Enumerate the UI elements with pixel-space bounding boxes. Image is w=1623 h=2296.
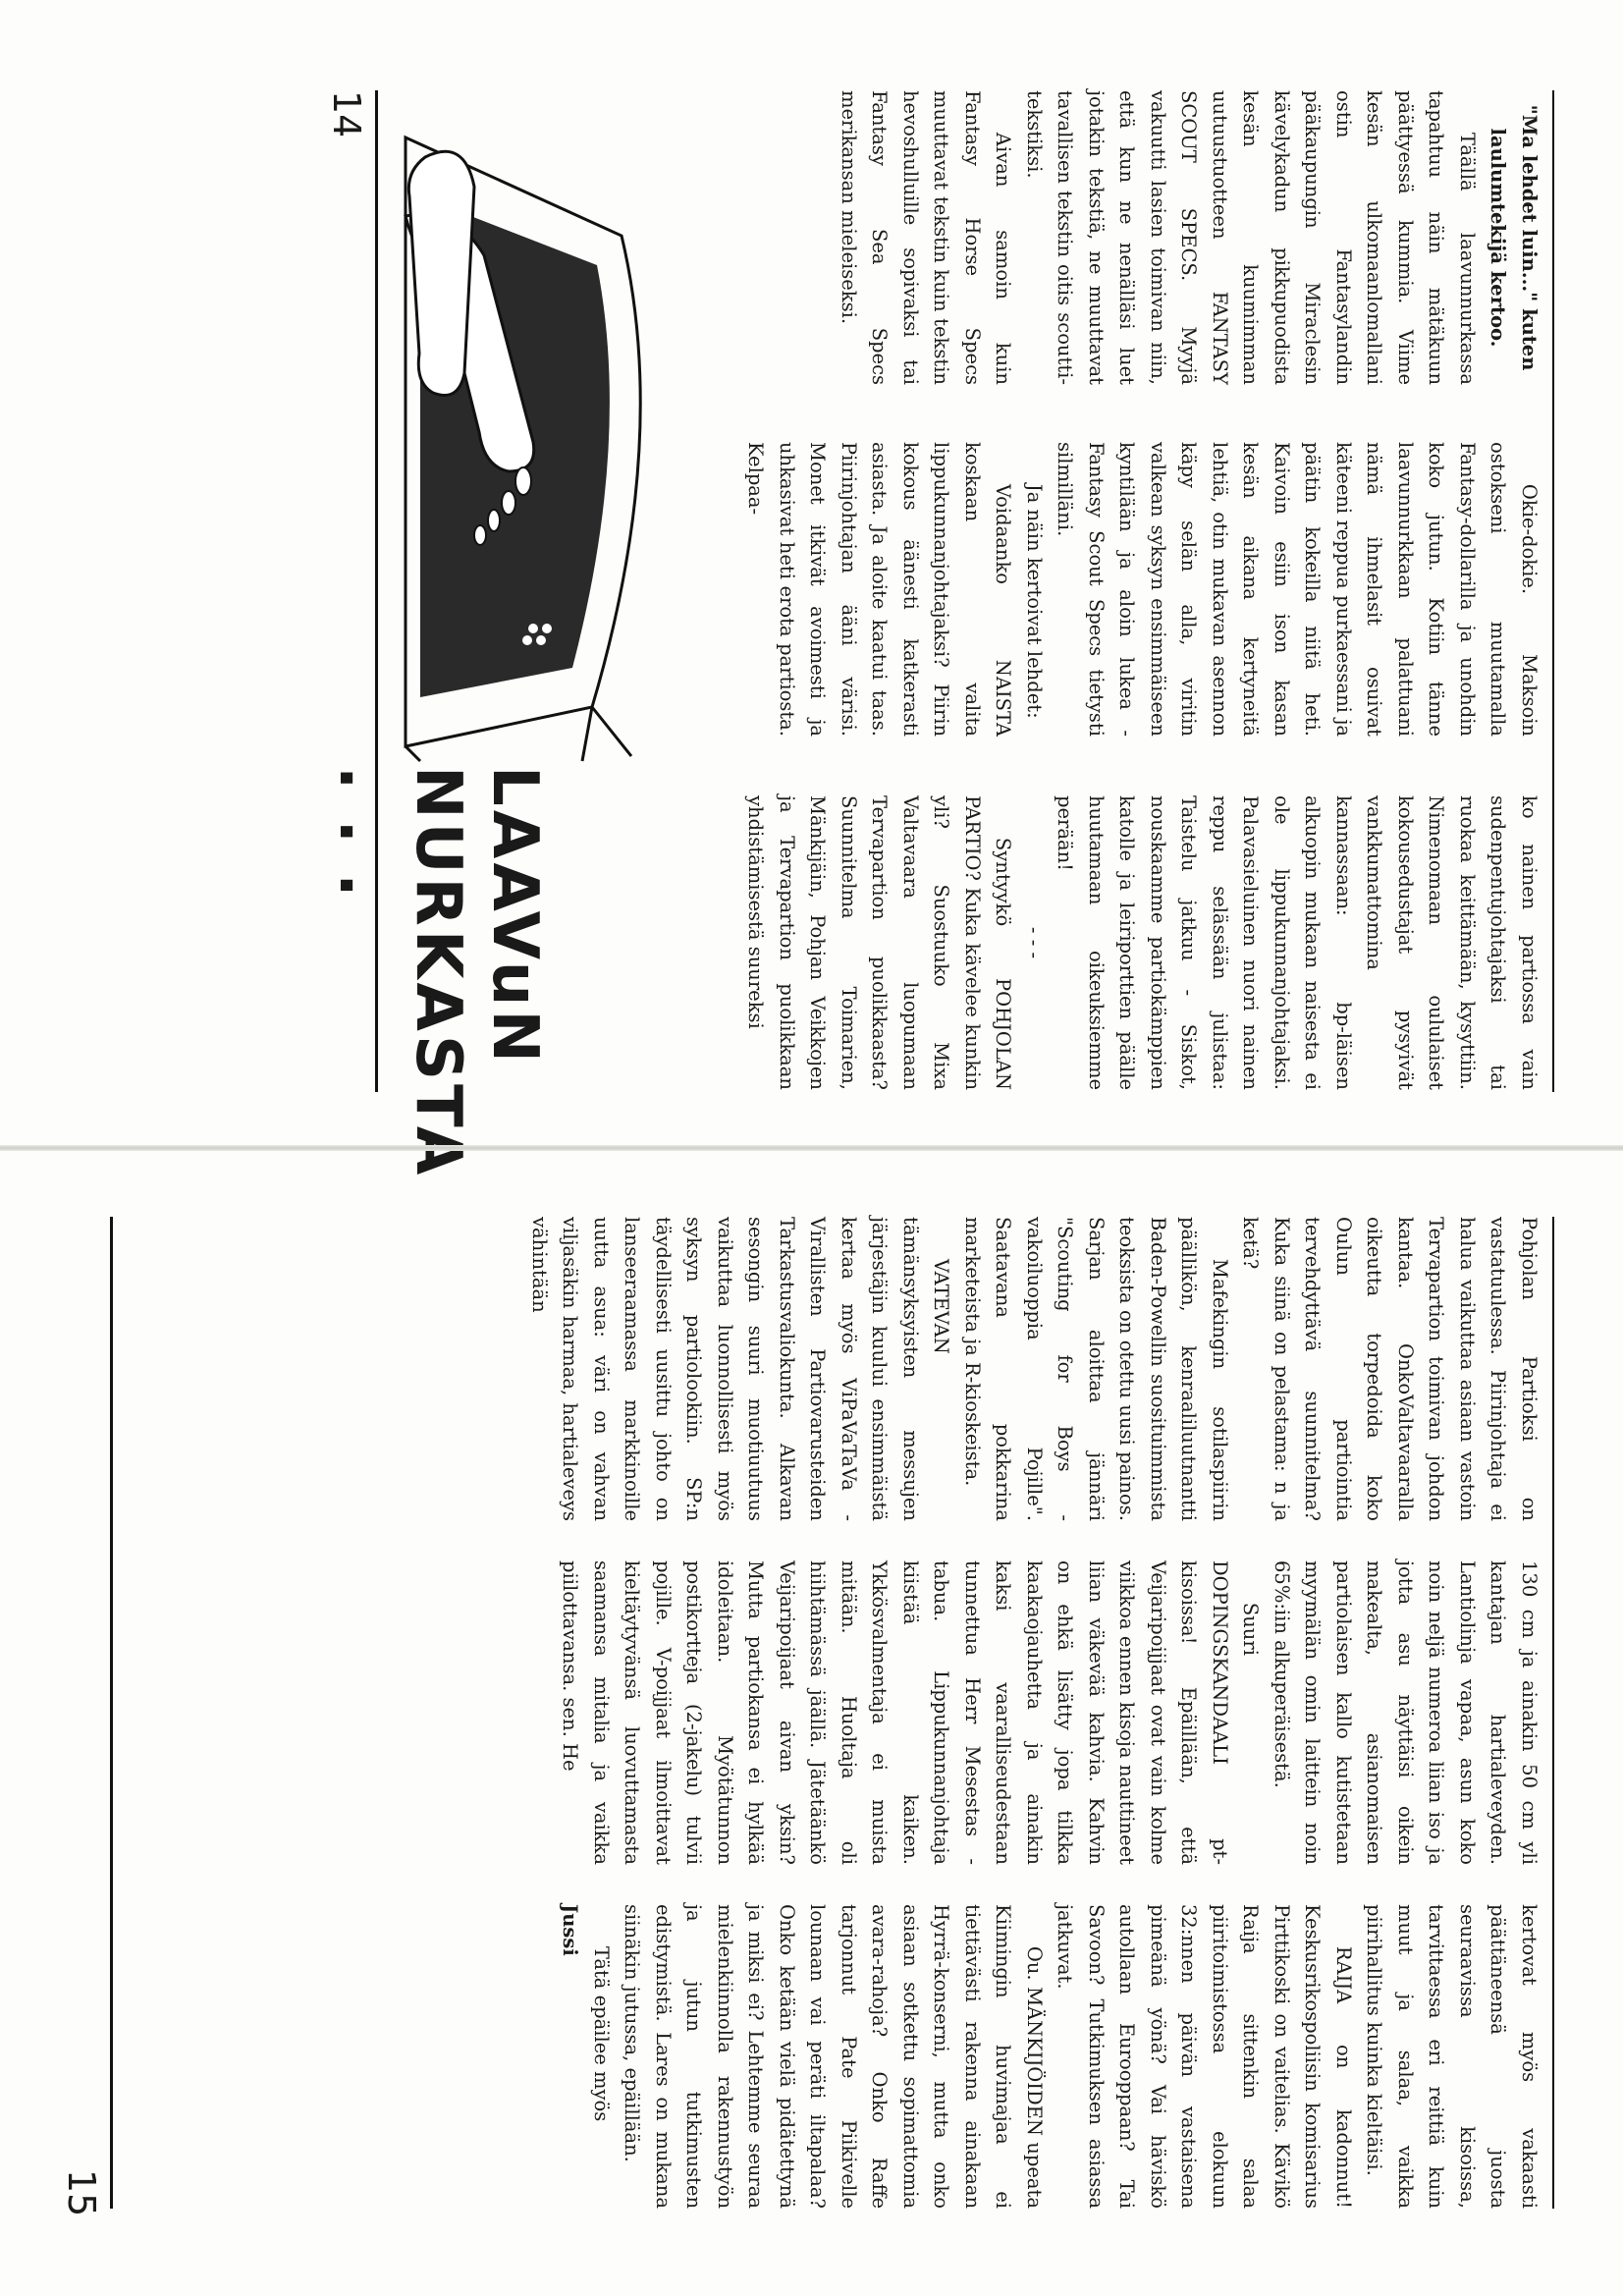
right-page: Pohjolan Partioksi on vastatuulessa. Pii… <box>0 1148 1623 2296</box>
paragraph: Ja näin kertoivat lehdet: <box>1019 442 1051 737</box>
author-signature: Jussi <box>555 1904 586 2209</box>
section-title: LAAVuN NURKASTA . . . <box>323 766 553 1159</box>
top-rule <box>1552 1217 1554 2209</box>
title-line-1: LAAVuN <box>476 766 553 1159</box>
paragraph: - - - <box>1019 795 1051 1090</box>
paragraph: Täällä laavunnurkassa tapahtuu näin mätä… <box>1019 90 1484 385</box>
page-number: 14 <box>325 90 368 137</box>
paragraph: Syntyykö POHJOLAN PARTIO? Kuka kävelee k… <box>740 795 1019 1090</box>
paragraph: VATEVAN tämänsyksyisten messujen järjest… <box>524 1217 957 1521</box>
paragraph: Mafekingin sotilaspiirin päällikön, kenr… <box>957 1217 1236 1521</box>
paragraph: Aivan samoin kuin Fantasy Horse Specs mu… <box>834 90 1019 385</box>
paragraph: 130 cm ja ainakin 50 cm yli kantajan har… <box>1267 1560 1545 1865</box>
right-column-1: Pohjolan Partioksi on vastatuulessa. Pii… <box>524 1217 1545 1521</box>
paragraph: RAIJA on kadonnut! Keskusrikospoliisin k… <box>1050 1904 1359 2209</box>
paragraph: ko nainen partiossa vain sudenpentujohta… <box>1050 795 1544 1090</box>
paragraph: Pohjolan Partioksi on vastatuulessa. Pii… <box>1235 1217 1544 1521</box>
paragraph: kertovat myös vakaasti päättäneensä juos… <box>1359 1904 1544 2209</box>
paragraph: Ou. MÄNKIJÖIDEN upeata Kiimingin huvimaj… <box>617 1904 1050 2209</box>
paragraph: Okie-dokie. Maksoin ostokseni muutamalla… <box>1050 442 1544 737</box>
paragraph: Tätä epäilee myös <box>586 1904 618 2209</box>
right-column-3: kertovat myös vakaasti päättäneensä juos… <box>555 1904 1544 2209</box>
zine-spread: 14 LAAVuN NURKASTA . . . "Ma lehdet luin… <box>0 0 1623 2296</box>
right-column-2: 130 cm ja ainakin 50 cm yli kantajan har… <box>555 1560 1544 1865</box>
left-page: 14 LAAVuN NURKASTA . . . "Ma lehdet luin… <box>0 0 1623 1148</box>
paragraph: Voidaanko NAISTA koskaan valita lippukun… <box>740 442 1019 737</box>
paragraph: Suuri DOPINGSKANDAALI pt-kisoissa! Epäil… <box>555 1560 1267 1865</box>
left-column-2: Okie-dokie. Maksoin ostokseni muutamalla… <box>740 442 1544 737</box>
bottom-rule <box>110 1217 113 2209</box>
title-line-2: NURKASTA . . . <box>323 766 476 1159</box>
page-number: 15 <box>60 2169 103 2216</box>
left-column-1: "Ma lehdet luin..." kuten laulumtekijä k… <box>834 90 1545 385</box>
left-column-3: ko nainen partiossa vain sudenpentujohta… <box>740 795 1544 1090</box>
paragraph: "Ma lehdet luin..." kuten laulumtekijä k… <box>1483 90 1544 385</box>
column-top-rule <box>1552 90 1554 1092</box>
tent-with-feet-icon <box>396 118 651 766</box>
